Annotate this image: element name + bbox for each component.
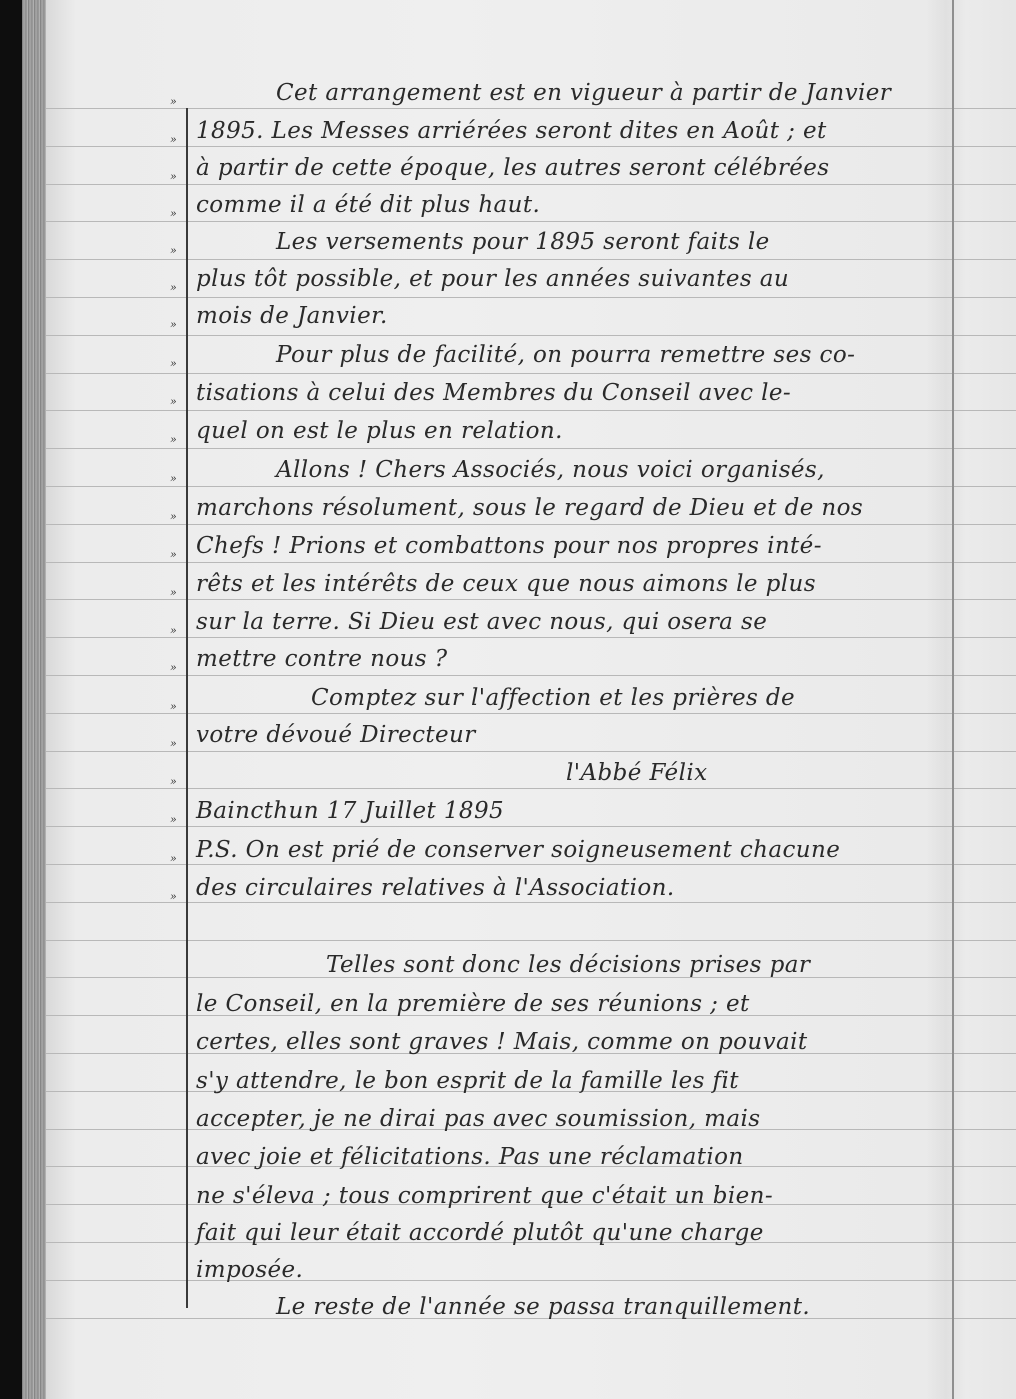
text-line: Le reste de l'année se passa tranquillem… <box>276 1294 810 1320</box>
quote-mark: » <box>170 133 177 146</box>
scanned-page: » Cet arrangement est en vigueur à parti… <box>0 0 1016 1399</box>
text-line: comme il a été dit plus haut. <box>196 192 540 218</box>
quote-mark: » <box>170 395 177 408</box>
ruled-line <box>46 524 1016 525</box>
text-line: sur la terre. Si Dieu est avec nous, qui… <box>196 609 767 635</box>
signature: l'Abbé Félix <box>566 760 707 786</box>
text-line: rêts et les intérêts de ceux que nous ai… <box>196 571 816 597</box>
quote-mark: » <box>170 813 177 826</box>
quote-mark: » <box>170 890 177 903</box>
text-line: Les versements pour 1895 seront faits le <box>276 229 770 255</box>
quote-mark: » <box>170 661 177 674</box>
ruled-line <box>46 599 1016 600</box>
text-line: marchons résolument, sous le regard de D… <box>196 495 863 521</box>
quote-mark: » <box>170 510 177 523</box>
text-line: mettre contre nous ? <box>196 646 447 672</box>
text-line: Chefs ! Prions et combattons pour nos pr… <box>196 533 822 559</box>
text-line: le Conseil, en la première de ses réunio… <box>196 991 750 1017</box>
text-line: ne s'éleva ; tous comprirent que c'était… <box>196 1183 773 1209</box>
book-page-edges <box>22 0 48 1399</box>
ruled-line <box>46 448 1016 449</box>
text-line: mois de Janvier. <box>196 303 388 329</box>
ruled-line <box>46 297 1016 298</box>
quote-mark: » <box>170 624 177 637</box>
text-line: Pour plus de facilité, on pourra remettr… <box>276 342 855 368</box>
ruled-line <box>46 637 1016 638</box>
ruled-line <box>46 675 1016 676</box>
text-line: accepter, je ne dirai pas avec soumissio… <box>196 1106 760 1132</box>
text-line: s'y attendre, le bon esprit de la famill… <box>196 1068 739 1094</box>
ruled-line <box>46 751 1016 752</box>
text-line: Comptez sur l'affection et les prières d… <box>311 685 795 711</box>
ruled-line <box>46 864 1016 865</box>
quote-mark: » <box>170 244 177 257</box>
ledger-page: » Cet arrangement est en vigueur à parti… <box>46 0 1016 1399</box>
ruled-line <box>46 184 1016 185</box>
ruled-line <box>46 940 1016 941</box>
quote-mark: » <box>170 852 177 865</box>
postscript-line: P.S. On est prié de conserver soigneusem… <box>196 837 840 863</box>
quote-mark: » <box>170 357 177 370</box>
quote-mark: » <box>170 170 177 183</box>
quote-mark: » <box>170 207 177 220</box>
ruled-line <box>46 826 1016 827</box>
text-line: tisations à celui des Membres du Conseil… <box>196 380 791 406</box>
text-line: Cet arrangement est en vigueur à partir … <box>276 80 891 106</box>
text-line: à partir de cette époque, les autres ser… <box>196 155 829 181</box>
text-line: fait qui leur était accordé plutôt qu'un… <box>196 1220 764 1246</box>
text-line: 1895. Les Messes arriérées seront dites … <box>196 118 827 144</box>
ruled-line <box>46 788 1016 789</box>
ruled-line <box>46 486 1016 487</box>
text-line: plus tôt possible, et pour les années su… <box>196 266 789 292</box>
ruled-line <box>46 335 1016 336</box>
text-line: imposée. <box>196 1257 303 1283</box>
quote-mark: » <box>170 318 177 331</box>
ruled-line <box>46 373 1016 374</box>
ruled-line <box>46 562 1016 563</box>
quote-mark: » <box>170 775 177 788</box>
quote-mark: » <box>170 548 177 561</box>
ruled-line <box>46 1280 1016 1281</box>
quote-mark: » <box>170 586 177 599</box>
quote-mark: » <box>170 281 177 294</box>
ruled-line <box>46 108 1016 109</box>
quote-mark: » <box>170 737 177 750</box>
text-line: quel on est le plus en relation. <box>196 418 563 444</box>
text-line: avec joie et félicitations. Pas une récl… <box>196 1144 744 1170</box>
fold-line <box>952 0 954 1399</box>
quote-mark: » <box>170 433 177 446</box>
ruled-line <box>46 259 1016 260</box>
date-line: Baincthun 17 Juillet 1895 <box>196 798 504 824</box>
ruled-line <box>46 902 1016 903</box>
ruled-line <box>46 713 1016 714</box>
quote-mark: » <box>170 95 177 108</box>
quote-mark: » <box>170 472 177 485</box>
text-line: certes, elles sont graves ! Mais, comme … <box>196 1029 808 1055</box>
quote-mark: » <box>170 700 177 713</box>
postscript-line: des circulaires relatives à l'Associatio… <box>196 875 675 901</box>
text-line: Allons ! Chers Associés, nous voici orga… <box>276 457 825 483</box>
ruled-line <box>46 146 1016 147</box>
text-line: votre dévoué Directeur <box>196 722 476 748</box>
ruled-line <box>46 410 1016 411</box>
ruled-line <box>46 221 1016 222</box>
text-line: Telles sont donc les décisions prises pa… <box>326 952 810 978</box>
margin-rule <box>186 108 188 1308</box>
